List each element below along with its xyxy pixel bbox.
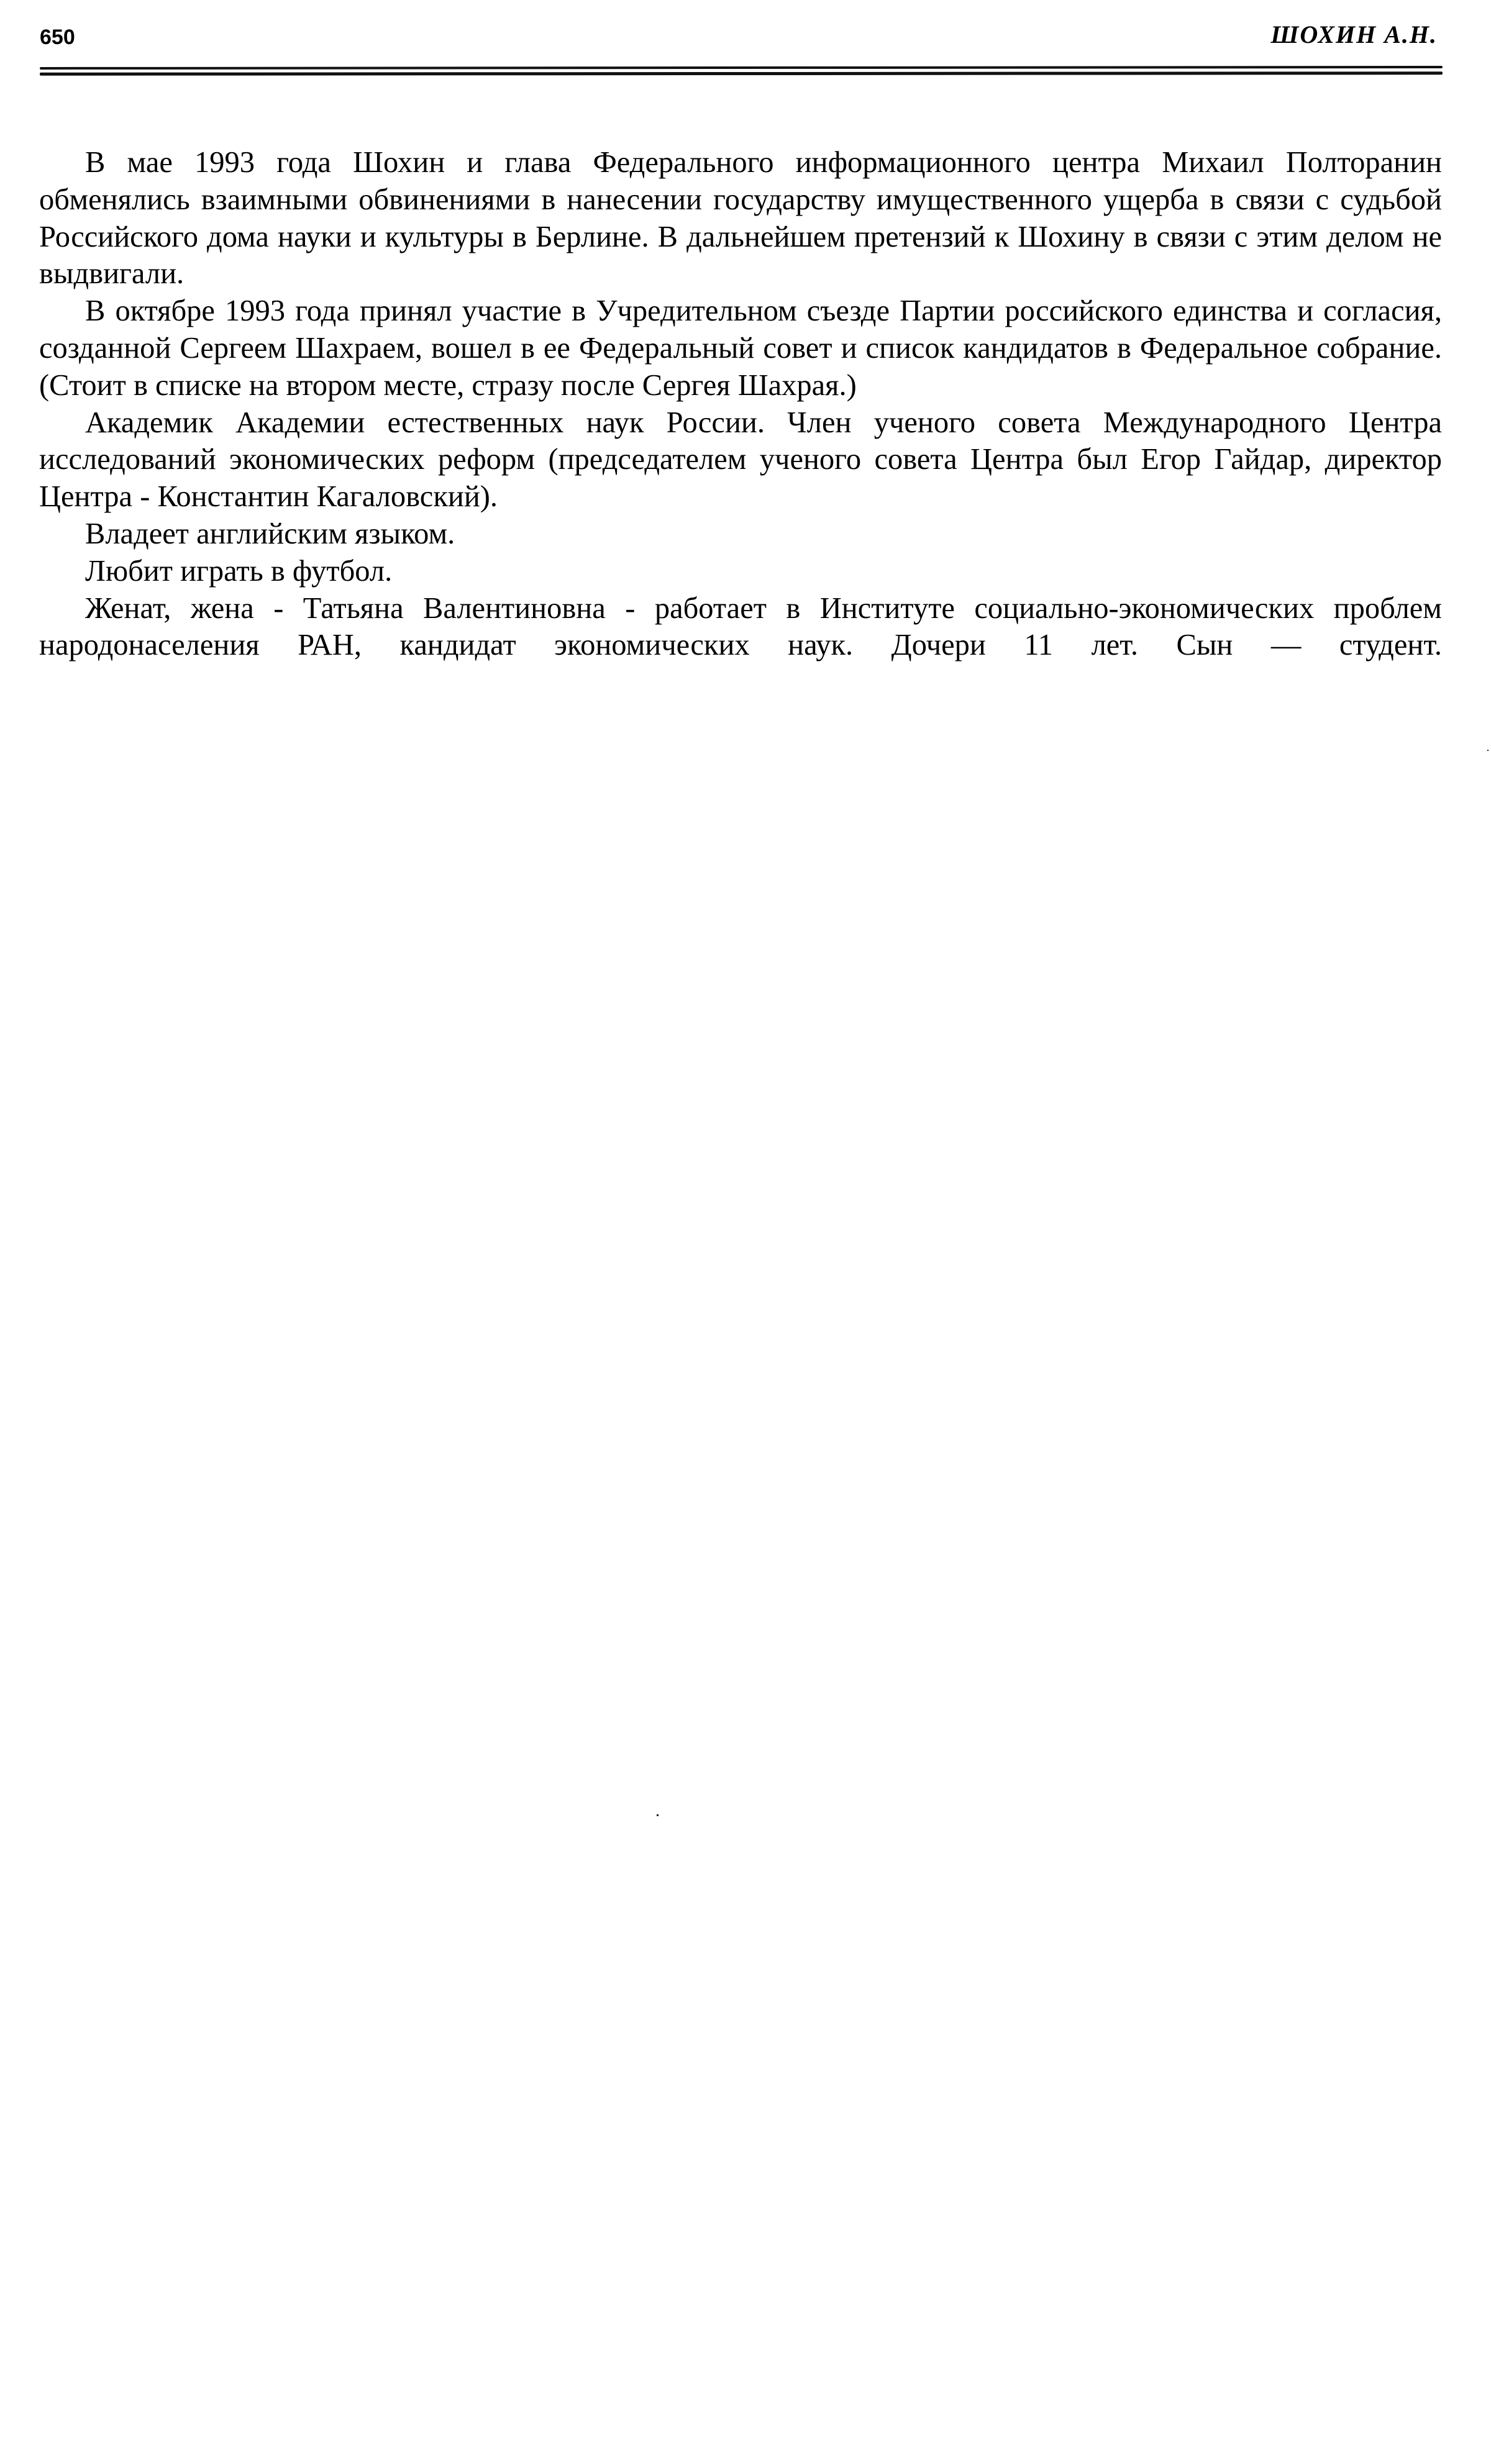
header-rule-bottom — [40, 71, 1443, 76]
article-body: В мае 1993 года Шохин и глава Федерально… — [39, 144, 1442, 664]
paragraph-academic-membership: Академик Академии естественных наук Росс… — [39, 404, 1442, 516]
paragraph-family: Женат, жена - Татьяна Валентиновна - раб… — [39, 590, 1442, 665]
scan-speck — [1487, 750, 1489, 751]
running-title: ШОХИН А.Н. — [1270, 21, 1438, 48]
paragraph-languages: Владеет английским языком. — [39, 516, 1442, 553]
paragraph-party-congress: В октябре 1993 года принял участие в Учр… — [39, 293, 1442, 404]
paragraph-hobbies: Любит играть в футбол. — [39, 553, 1442, 590]
scan-speck — [657, 1814, 659, 1816]
header-rule-top — [40, 66, 1443, 70]
paragraph-berlin-dispute: В мае 1993 года Шохин и глава Федерально… — [39, 144, 1442, 293]
page-number: 650 — [40, 25, 75, 50]
